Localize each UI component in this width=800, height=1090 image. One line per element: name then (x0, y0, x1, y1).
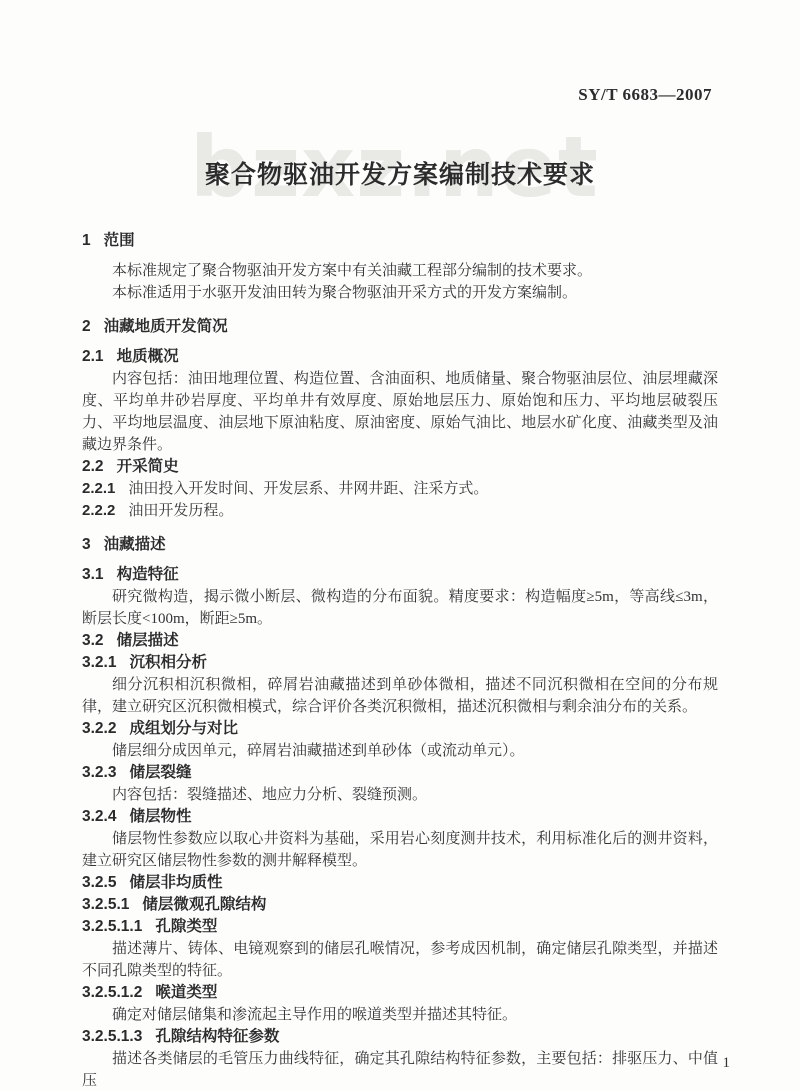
section-heading-3-2: 3.2储层描述 (82, 630, 718, 652)
section-heading-3-2-5: 3.2.5储层非均质性 (82, 872, 718, 894)
section-title: 储层微观孔隙结构 (142, 896, 266, 913)
paragraph: 描述薄片、铸体、电镜观察到的储层孔喉情况，参考成因机制，确定储层孔隙类型，并描述… (82, 938, 718, 982)
section-number: 2.1 (82, 348, 104, 365)
section-title: 成组划分与对比 (129, 720, 238, 737)
clause-2-2-1: 2.2.1油田投入开发时间、开发层系、井网井距、注采方式。 (82, 478, 718, 500)
section-heading-1: 1范围 (82, 230, 718, 252)
page-number: 1 (723, 1055, 731, 1072)
section-number: 3.2.5.1.3 (82, 1028, 142, 1045)
section-heading-3-2-1: 3.2.1沉积相分析 (82, 652, 718, 674)
section-heading-3-2-3: 3.2.3储层裂缝 (82, 762, 718, 784)
document-page: bzxz.net SY/T 6683—2007 聚合物驱油开发方案编制技术要求 … (0, 0, 800, 1090)
section-number: 3.2.5 (82, 874, 116, 891)
section-number: 3.2 (82, 632, 104, 649)
paragraph: 确定对储层储集和渗流起主导作用的喉道类型并描述其特征。 (82, 1004, 718, 1026)
section-title: 地质概况 (117, 348, 179, 365)
paragraph: 内容包括：裂缝描述、地应力分析、裂缝预测。 (82, 784, 718, 806)
paragraph: 储层物性参数应以取心井资料为基础，采用岩心刻度测井技术，利用标准化后的测井资料，… (82, 828, 718, 872)
section-heading-2-1: 2.1地质概况 (82, 346, 718, 368)
section-number: 3.2.1 (82, 654, 116, 671)
section-number: 3.1 (82, 566, 104, 583)
section-heading-3-2-5-1-2: 3.2.5.1.2喉道类型 (82, 982, 718, 1004)
section-title: 构造特征 (117, 566, 179, 583)
section-number: 3.2.5.1 (82, 896, 129, 913)
section-title: 储层描述 (117, 632, 179, 649)
paragraph: 描述各类储层的毛管压力曲线特征，确定其孔隙结构特征参数，主要包括：排驱压力、中值… (82, 1048, 718, 1090)
clause-number: 2.2.2 (82, 502, 115, 519)
section-heading-3-2-5-1-1: 3.2.5.1.1孔隙类型 (82, 916, 718, 938)
paragraph: 内容包括：油田地理位置、构造位置、含油面积、地质储量、聚合物驱油层位、油层埋藏深… (82, 368, 718, 456)
section-number: 1 (82, 232, 91, 249)
paragraph: 本标准规定了聚合物驱油开发方案中有关油藏工程部分编制的技术要求。 (82, 260, 718, 282)
section-number: 3.2.4 (82, 808, 116, 825)
section-number: 2.2 (82, 458, 104, 475)
clause-text: 油田开发历程。 (128, 503, 233, 519)
section-title: 储层非均质性 (129, 874, 222, 891)
paragraph: 细分沉积相沉积微相，碎屑岩油藏描述到单砂体微相，描述不同沉积微相在空间的分布规律… (82, 674, 718, 718)
paragraph: 本标准适用于水驱开发油田转为聚合物驱油开采方式的开发方案编制。 (82, 282, 718, 304)
clause-2-2-2: 2.2.2油田开发历程。 (82, 500, 718, 522)
section-title: 开采简史 (117, 458, 179, 475)
section-number: 2 (82, 318, 91, 335)
section-number: 3 (82, 536, 91, 553)
clause-text: 油田投入开发时间、开发层系、井网井距、注采方式。 (128, 481, 488, 497)
section-heading-3-2-5-1: 3.2.5.1储层微观孔隙结构 (82, 894, 718, 916)
standard-number: SY/T 6683—2007 (578, 85, 712, 105)
document-body: 1范围 本标准规定了聚合物驱油开发方案中有关油藏工程部分编制的技术要求。 本标准… (82, 230, 718, 1090)
clause-number: 2.2.1 (82, 480, 115, 497)
section-number: 3.2.5.1.2 (82, 984, 142, 1001)
section-heading-2-2: 2.2开采简史 (82, 456, 718, 478)
section-title: 孔隙结构特征参数 (155, 1028, 279, 1045)
paragraph: 储层细分成因单元，碎屑岩油藏描述到单砂体（或流动单元）。 (82, 740, 718, 762)
section-title: 孔隙类型 (155, 918, 217, 935)
section-heading-3-2-4: 3.2.4储层物性 (82, 806, 718, 828)
section-number: 3.2.3 (82, 764, 116, 781)
section-title: 油藏地质开发简况 (104, 318, 228, 335)
document-title: 聚合物驱油开发方案编制技术要求 (0, 155, 800, 191)
section-heading-3: 3油藏描述 (82, 534, 718, 556)
section-title: 油藏描述 (104, 536, 166, 553)
section-title: 储层裂缝 (129, 764, 191, 781)
section-title: 储层物性 (129, 808, 191, 825)
section-heading-2: 2油藏地质开发简况 (82, 316, 718, 338)
section-heading-3-2-5-1-3: 3.2.5.1.3孔隙结构特征参数 (82, 1026, 718, 1048)
section-title: 喉道类型 (155, 984, 217, 1001)
section-number: 3.2.5.1.1 (82, 918, 142, 935)
section-number: 3.2.2 (82, 720, 116, 737)
section-title: 范围 (104, 232, 135, 249)
section-heading-3-1: 3.1构造特征 (82, 564, 718, 586)
section-title: 沉积相分析 (129, 654, 207, 671)
paragraph: 研究微构造，揭示微小断层、微构造的分布面貌。精度要求：构造幅度≥5m，等高线≤3… (82, 586, 718, 630)
section-heading-3-2-2: 3.2.2成组划分与对比 (82, 718, 718, 740)
